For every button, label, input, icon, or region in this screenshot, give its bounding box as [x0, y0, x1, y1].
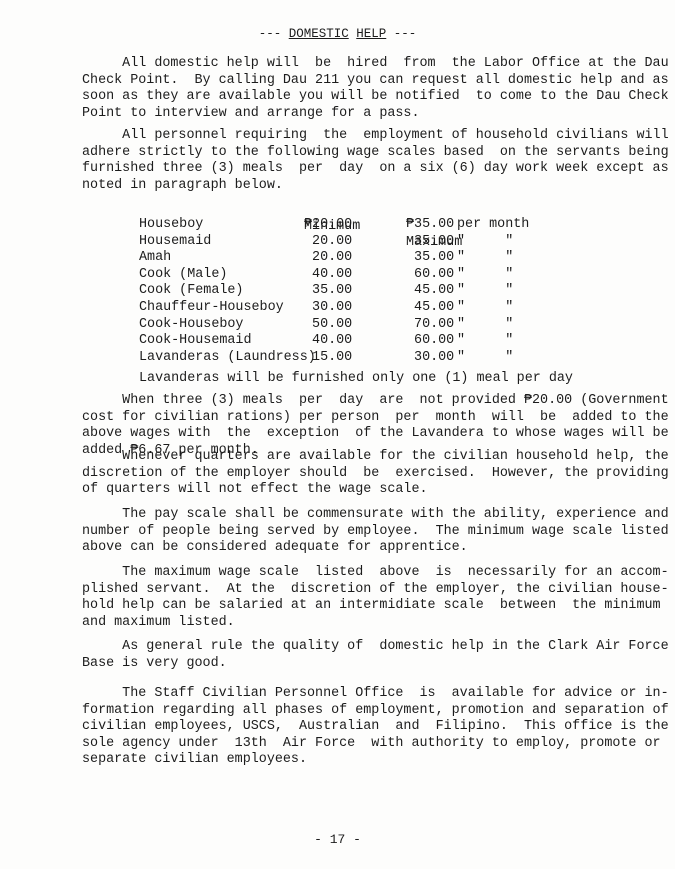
maximum-wage-cell: 45.00	[406, 300, 454, 317]
minimum-wage-cell: ₱20.00	[304, 217, 352, 234]
position-cell: Houseboy	[139, 217, 203, 234]
maximum-wage-cell: ₱35.00	[406, 217, 454, 234]
text-line: hold help can be salaried at an intermid…	[82, 598, 612, 615]
table-row: Lavanderas (Laundress) 15.00 30.00" "	[139, 350, 187, 367]
maximum-wage-cell: 60.00	[406, 333, 454, 350]
paragraph-personnel-office: The Staff Civilian Personnel Office is a…	[82, 686, 612, 769]
text-line: furnished three (3) meals per day on a s…	[82, 161, 612, 178]
minimum-wage-cell: 20.00	[304, 234, 352, 251]
text-line: The pay scale shall be commensurate with…	[82, 507, 612, 524]
paragraph-pay-scale: The pay scale shall be commensurate with…	[82, 507, 612, 557]
text-line: All personnel requiring the employment o…	[82, 128, 612, 145]
unit-cell: " "	[457, 234, 513, 251]
text-line: separate civilian employees.	[82, 752, 612, 769]
paragraph-wage-scales-intro: All personnel requiring the employment o…	[82, 128, 612, 194]
unit-cell: " "	[457, 250, 513, 267]
minimum-wage-cell: 40.00	[304, 333, 352, 350]
table-row: Chauffeur-Houseboy 30.00 45.00" "	[139, 300, 187, 317]
position-cell: Cook-Housemaid	[139, 333, 252, 350]
minimum-wage-cell: 35.00	[304, 283, 352, 300]
paragraph-maximum-wage: The maximum wage scale listed above is n…	[82, 565, 612, 631]
table-row: Cook-Housemaid 40.00 60.00" "	[139, 333, 187, 350]
maximum-wage-cell: 45.00	[406, 283, 454, 300]
position-cell: Cook (Male)	[139, 267, 227, 284]
title-word-help: HELP	[356, 27, 386, 41]
unit-cell: " "	[457, 333, 513, 350]
maximum-wage-cell: 35.00	[406, 234, 454, 251]
table-row: Housemaid 20.00 35.00" "	[139, 234, 187, 251]
text-line: The maximum wage scale listed above is n…	[82, 565, 612, 582]
text-line: cost for civilian rations) per person pe…	[82, 410, 612, 427]
text-line: adhere strictly to the following wage sc…	[82, 145, 612, 162]
unit-cell: " "	[457, 317, 513, 334]
document-page: --- DOMESTIC HELP --- All domestic help …	[0, 0, 675, 869]
minimum-wage-cell: 15.00	[304, 350, 352, 367]
unit-cell: " "	[457, 350, 513, 367]
maximum-wage-cell: 30.00	[406, 350, 454, 367]
page-number: - 17 -	[0, 832, 675, 847]
paragraph-quarters: Whenever quarters are available for the …	[82, 449, 612, 499]
text-line: The Staff Civilian Personnel Office is a…	[82, 686, 612, 703]
unit-cell: " "	[457, 267, 513, 284]
text-line: Point to interview and arrange for a pas…	[82, 106, 612, 123]
table-row: Cook (Female) 35.00 45.00" "	[139, 283, 187, 300]
text-line: plished servant. At the discretion of th…	[82, 582, 612, 599]
title-dashes-right: ---	[386, 27, 416, 41]
unit-cell: " "	[457, 283, 513, 300]
paragraph-labor-office: All domestic help will be hired from the…	[82, 56, 612, 122]
unit-cell: " "	[457, 300, 513, 317]
text-line: and maximum listed.	[82, 615, 612, 632]
text-line: above can be considered adequate for app…	[82, 540, 612, 557]
minimum-wage-cell: 30.00	[304, 300, 352, 317]
text-line: number of people being served by employe…	[82, 524, 612, 541]
table-row: Cook (Male) 40.00 60.00" "	[139, 267, 187, 284]
text-line: When three (3) meals per day are not pro…	[82, 393, 612, 410]
position-cell: Cook (Female)	[139, 283, 243, 300]
title-word-domestic: DOMESTIC	[289, 27, 349, 41]
title-dashes-left: ---	[259, 27, 289, 41]
text-line: Whenever quarters are available for the …	[82, 449, 612, 466]
position-cell: Housemaid	[139, 234, 211, 251]
lavanderas-meal-note: Lavanderas will be furnished only one (1…	[139, 371, 573, 386]
wage-scale-table: Minimum Maximum Houseboy₱20.00₱35.00per …	[139, 202, 187, 366]
text-line: Base is very good.	[82, 656, 612, 673]
text-line: noted in paragraph below.	[82, 178, 612, 195]
minimum-wage-cell: 40.00	[304, 267, 352, 284]
text-line: All domestic help will be hired from the…	[82, 56, 612, 73]
text-line: discretion of the employer should be exe…	[82, 466, 612, 483]
text-line: soon as they are available you will be n…	[82, 89, 612, 106]
maximum-wage-cell: 70.00	[406, 317, 454, 334]
position-cell: Chauffeur-Houseboy	[139, 300, 284, 317]
table-row: Amah 20.00 35.00" "	[139, 250, 187, 267]
text-line: of quarters will not effect the wage sca…	[82, 482, 612, 499]
table-row: Cook-Houseboy 50.00 70.00" "	[139, 317, 187, 334]
maximum-wage-cell: 60.00	[406, 267, 454, 284]
text-line: above wages with the exception of the La…	[82, 426, 612, 443]
unit-cell: per month	[457, 217, 529, 234]
position-cell: Amah	[139, 250, 171, 267]
paragraph-quality: As general rule the quality of domestic …	[82, 639, 612, 672]
minimum-wage-cell: 20.00	[304, 250, 352, 267]
text-line: sole agency under 13th Air Force with au…	[82, 736, 612, 753]
text-line: formation regarding all phases of employ…	[82, 703, 612, 720]
minimum-wage-cell: 50.00	[304, 317, 352, 334]
table-row: Houseboy₱20.00₱35.00per month	[139, 217, 187, 234]
text-line: As general rule the quality of domestic …	[82, 639, 612, 656]
text-line: Check Point. By calling Dau 211 you can …	[82, 73, 612, 90]
position-cell: Cook-Houseboy	[139, 317, 243, 334]
text-line: civilian employees, USCS, Australian and…	[82, 719, 612, 736]
position-cell: Lavanderas (Laundress)	[139, 350, 316, 367]
page-title: --- DOMESTIC HELP ---	[0, 27, 675, 41]
maximum-wage-cell: 35.00	[406, 250, 454, 267]
table-header-row: Minimum Maximum	[139, 202, 187, 217]
